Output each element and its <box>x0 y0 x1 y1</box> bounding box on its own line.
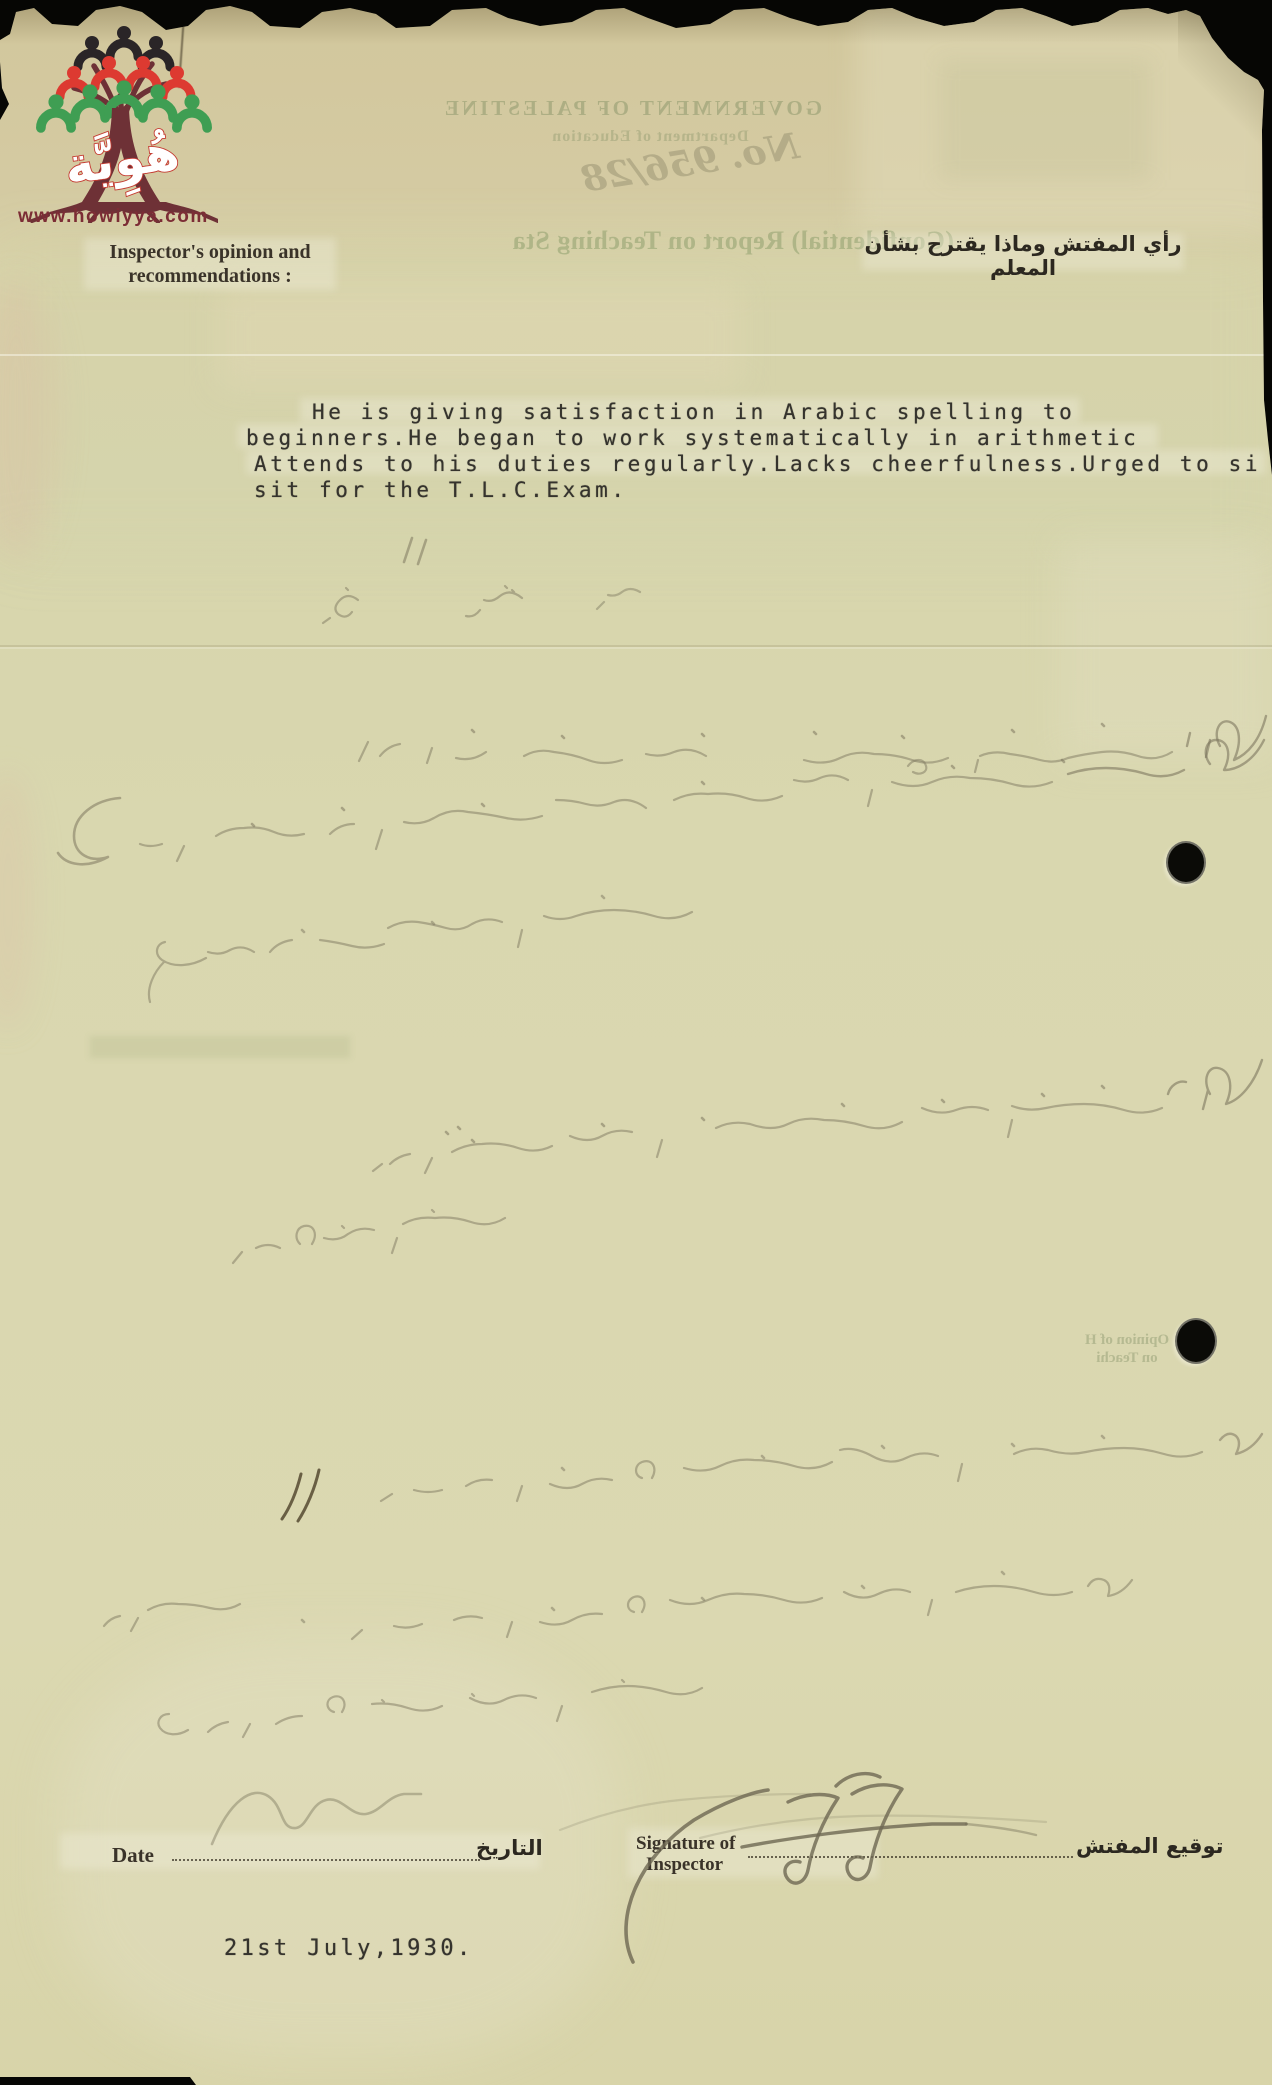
fold-crease-mid-light <box>0 647 1272 649</box>
paper-sheet: GOVERNMENT OF PALESTINE Department of Ed… <box>0 0 1272 2085</box>
typed-opinion-line3: Attends to his duties regularly.Lacks ch… <box>254 452 1261 476</box>
corner-tear-shadow <box>1178 0 1272 170</box>
date-dotted-line <box>172 1859 480 1861</box>
inspector-opinion-label-arabic: رأي المفتش وماذا يقترح بشأن المعلم <box>858 232 1188 280</box>
bleed-opinion-line-2: on Teachi <box>1068 1350 1186 1367</box>
typed-opinion-line1: He is giving satisfaction in Arabic spel… <box>312 400 1075 424</box>
fold-crease-upper <box>0 354 1272 356</box>
handwriting-strokes <box>0 0 1272 2085</box>
inspector-opinion-label: Inspector's opinion and recommendations … <box>90 240 330 288</box>
scanned-document-page: GOVERNMENT OF PALESTINE Department of Ed… <box>0 0 1272 2085</box>
fold-crease-mid-dark <box>0 645 1272 647</box>
stain-right-mid-light <box>1060 540 1272 760</box>
signature-label: Signature of Inspector <box>636 1833 776 1875</box>
watermark-url: www.howiyya.com <box>18 206 248 228</box>
typed-opinion-line2: beginners.He began to work systematicall… <box>246 426 1139 450</box>
inspector-opinion-label-line2: recommendations : <box>90 264 330 288</box>
stain-disciplinary-bleed <box>90 1036 350 1058</box>
date-label-arabic: التاريخ <box>476 1836 543 1860</box>
bleed-department: Department of Education <box>520 128 780 146</box>
signature-label-arabic: توقيع المفتش <box>1076 1834 1224 1858</box>
signature-dotted-line <box>748 1856 1073 1858</box>
howiyya-tree-logo: هُوِيَّة <box>28 18 218 223</box>
bleed-government-header: GOVERNMENT OF PALESTINE <box>436 96 828 121</box>
signature-label-line1: Signature of <box>636 1833 776 1854</box>
stain-top-green-smudge <box>940 60 1150 180</box>
logo-calligraphy: هُوِيَّة <box>61 122 184 204</box>
stain-left-pink-1 <box>0 280 56 560</box>
stain-left-pink-2 <box>0 770 36 1030</box>
punch-hole-upper <box>1166 841 1206 884</box>
bleed-opinion-line-1: Opinion of H <box>1068 1332 1186 1349</box>
typed-opinion-line4: sit for the T.L.C.Exam. <box>254 478 628 502</box>
date-label: Date <box>112 1843 154 1868</box>
stain-above-typed <box>220 286 740 386</box>
bleed-ref-number: No. 956/28 <box>573 124 807 201</box>
inspector-opinion-label-line1: Inspector's opinion and <box>90 240 330 264</box>
typed-date: 21st July,1930. <box>224 1936 474 1961</box>
punch-hole-lower <box>1175 1318 1217 1364</box>
